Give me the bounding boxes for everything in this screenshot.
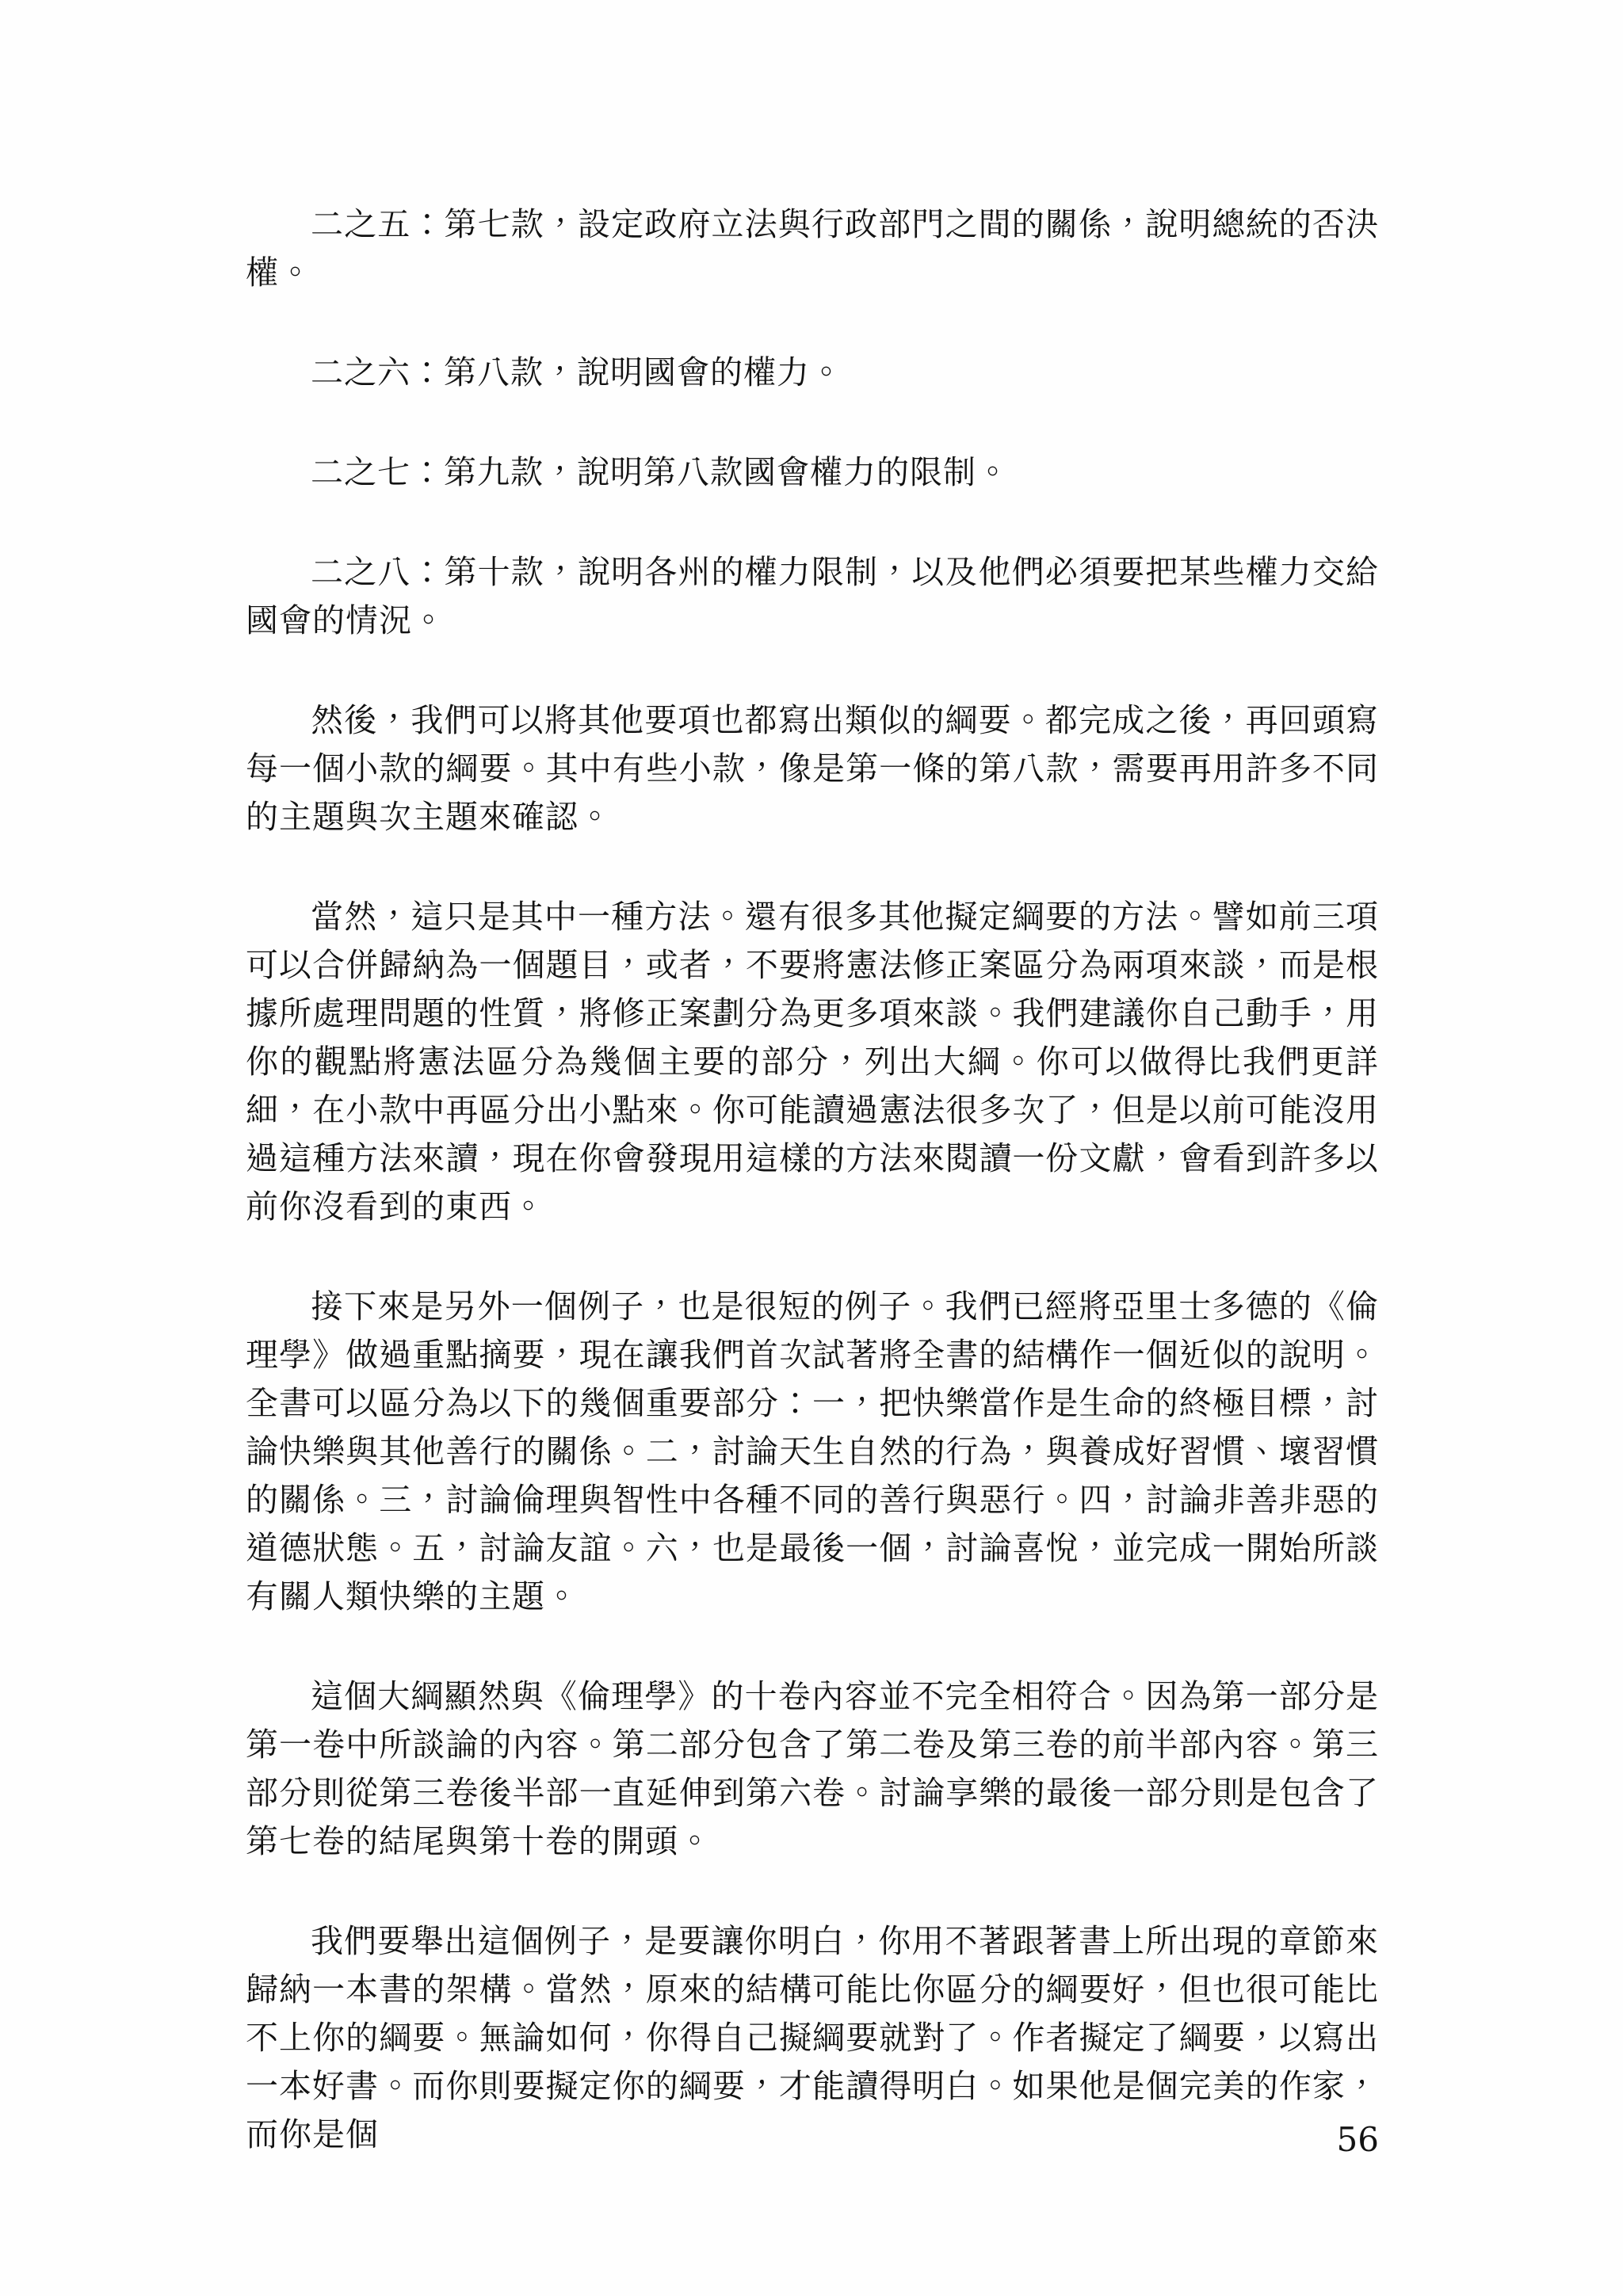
- body-paragraph: 二之七：第九款，說明第八款國會權力的限制。: [246, 448, 1379, 497]
- body-paragraph: 接下來是另外一個例子，也是很短的例子。我們已經將亞里士多德的《倫理學》做過重點摘…: [246, 1283, 1379, 1621]
- body-paragraph: 二之五：第七款，設定政府立法與行政部門之間的關係，說明總統的否決權。: [246, 200, 1379, 297]
- body-paragraph: 當然，這只是其中一種方法。還有很多其他擬定綱要的方法。譬如前三項可以合併歸納為一…: [246, 893, 1379, 1231]
- body-paragraph: 我們要舉出這個例子，是要讓你明白，你用不著跟著書上所出現的章節來歸納一本書的架構…: [246, 1917, 1379, 2159]
- body-paragraph: 二之六：第八款，說明國會的權力。: [246, 349, 1379, 397]
- page-number: 56: [1337, 2120, 1379, 2160]
- body-paragraph: 二之八：第十款，說明各州的權力限制，以及他們必須要把某些權力交給國會的情況。: [246, 548, 1379, 645]
- body-paragraph: 這個大綱顯然與《倫理學》的十卷內容並不完全相符合。因為第一部分是第一卷中所談論的…: [246, 1672, 1379, 1866]
- page-body: 二之五：第七款，設定政府立法與行政部門之間的關係，說明總統的否決權。 二之六：第…: [246, 200, 1379, 2159]
- document-page: 二之五：第七款，設定政府立法與行政部門之間的關係，說明總統的否決權。 二之六：第…: [0, 0, 1623, 2296]
- body-paragraph: 然後，我們可以將其他要項也都寫出類似的綱要。都完成之後，再回頭寫每一個小款的綱要…: [246, 696, 1379, 841]
